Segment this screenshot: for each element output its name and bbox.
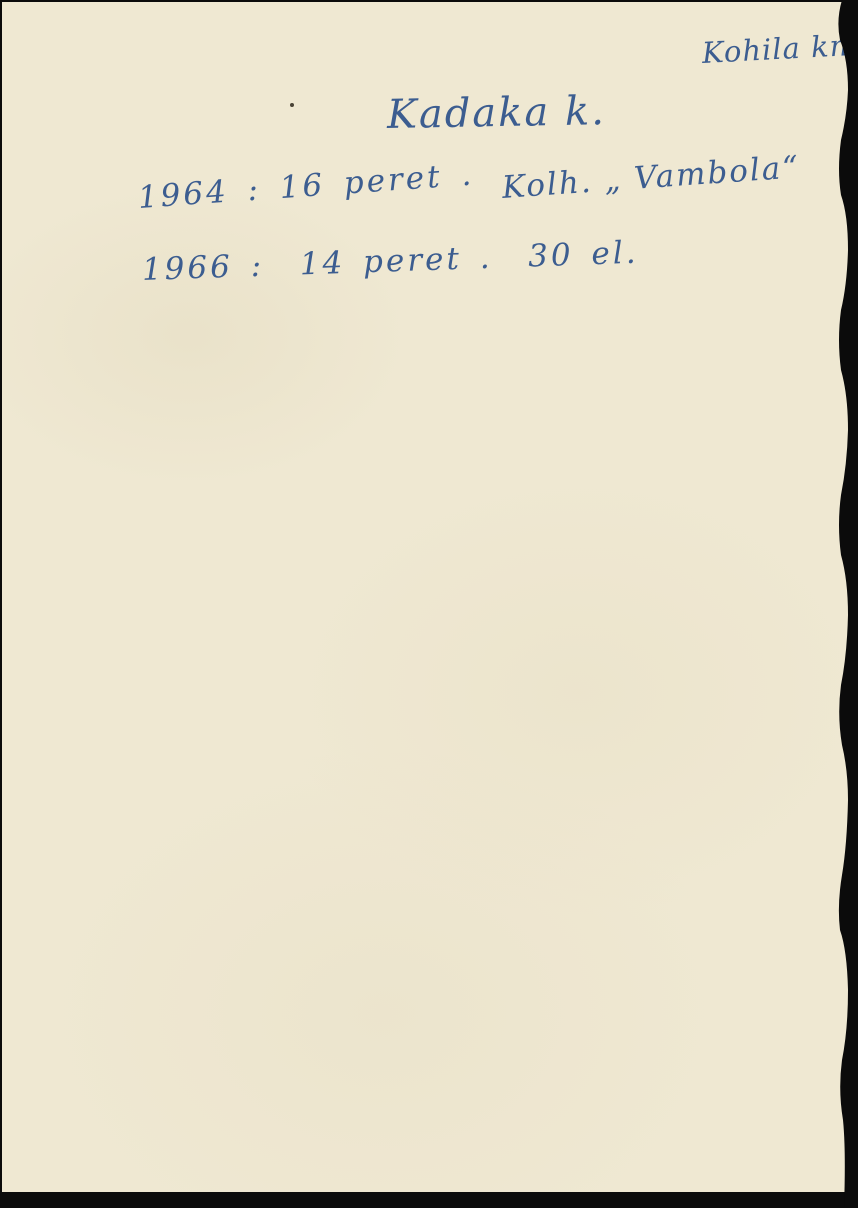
paper-page: Kohila kn. Kadaka k. 1964 : 16 peret . K… — [2, 2, 850, 1192]
ink-speck — [290, 103, 294, 107]
entry-1964-census: 1964 : 16 peret . — [137, 157, 476, 216]
entry-1966-census: 1966 : 14 peret . 30 el. — [141, 235, 639, 288]
torn-page-edge — [832, 0, 858, 1208]
page-title-village-name: Kadaka k. — [387, 88, 607, 138]
entry-1964-kolkhoz-annotation: Kolh. „ Vambola“ — [501, 149, 801, 206]
scanned-document: Kohila kn. Kadaka k. 1964 : 16 peret . K… — [0, 0, 858, 1208]
